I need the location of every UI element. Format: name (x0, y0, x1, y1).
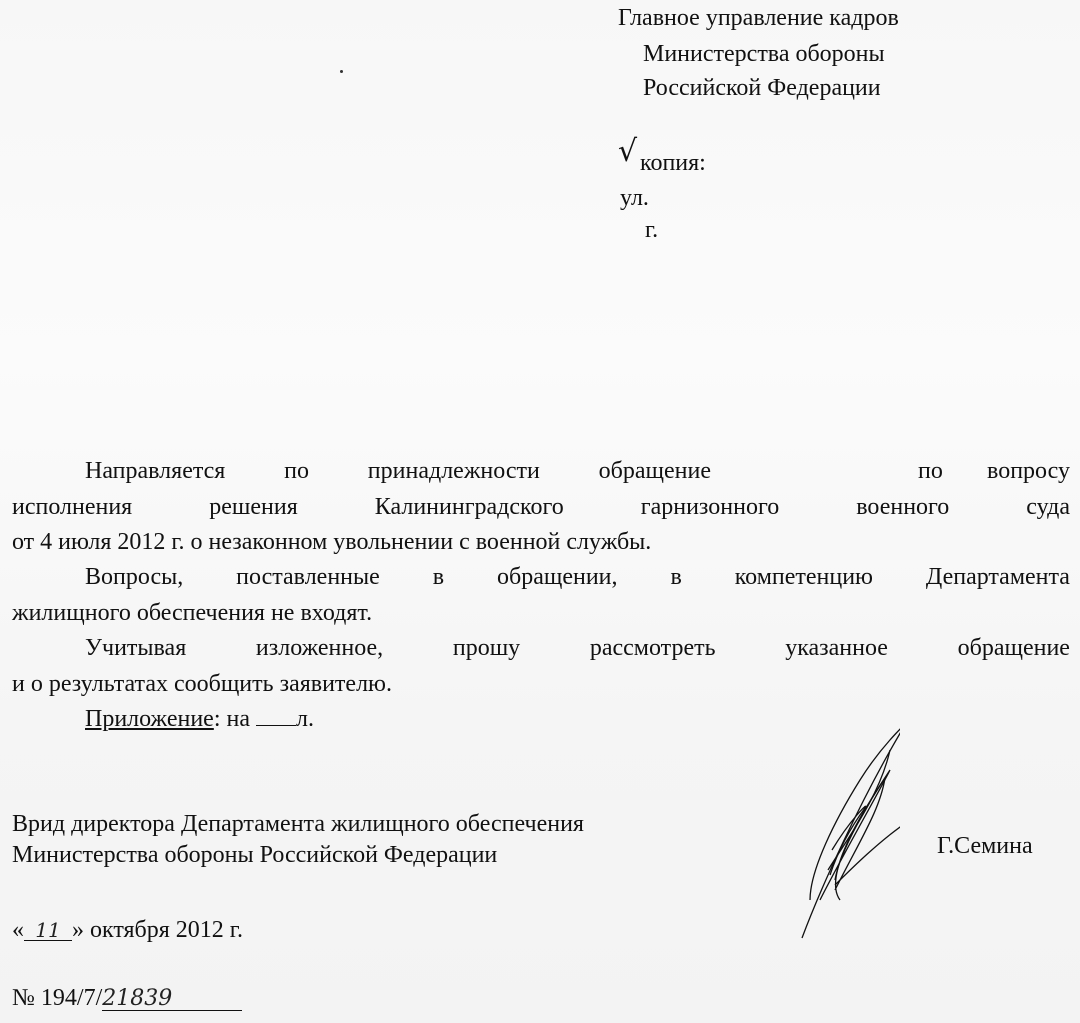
close-quote: » (72, 917, 84, 943)
word: решения (209, 494, 298, 521)
word: обращение (599, 459, 711, 483)
word: по (284, 459, 309, 483)
word: компетенцию (735, 565, 873, 589)
word: обращении, (497, 565, 618, 589)
word: суда (1026, 494, 1070, 521)
city-label: г. (645, 218, 658, 242)
p3-line1: Учитывая изложенное, прошу рассмотреть у… (85, 636, 1070, 660)
open-quote: « (12, 917, 24, 943)
reg-number-handwritten: 21839 (102, 988, 242, 1011)
signer-name: Г.Семина (937, 834, 1033, 858)
word: Калининградского (375, 494, 564, 521)
word: Учитывая (85, 636, 186, 660)
p1-line1: Направляется по принадлежности обращение (85, 459, 711, 483)
word: принадлежности (368, 459, 540, 483)
attachment-blank (256, 725, 296, 726)
date-day-handwritten: 11 (24, 920, 72, 941)
street-label: ул. (620, 186, 649, 210)
addressee-line-3: Российской Федерации (643, 76, 881, 100)
scan-speck (340, 70, 343, 73)
p1-line2: исполнения решения Калининградского гарн… (12, 494, 1070, 521)
addressee-line-2: Министерства обороны (643, 42, 885, 66)
p2-line1: Вопросы, поставленные в обращении, в ком… (85, 565, 1070, 589)
date-month-year: октября 2012 г. (90, 917, 243, 943)
word: по (918, 459, 943, 483)
registration-number: № 194/7/21839 (12, 986, 242, 1011)
attachment-line: Приложение: на л. (85, 707, 314, 731)
word: в (433, 565, 444, 589)
p3-line2: и о результатах сообщить заявителю. (12, 672, 392, 696)
word: военного (856, 494, 949, 521)
checkmark-icon: √ (618, 134, 637, 169)
word: Департамента (926, 565, 1070, 589)
p2-line2: жилищного обеспечения не входят. (12, 601, 372, 625)
word: указанное (785, 636, 888, 660)
signer-title-line1: Врид директора Департамента жилищного об… (12, 812, 584, 836)
p1-line1-tail: по вопросу (918, 459, 1070, 483)
word: гарнизонного (641, 494, 779, 521)
addressee-line-1: Главное управление кадров (618, 6, 899, 30)
signer-title-line2: Министерства обороны Российской Федераци… (12, 843, 497, 867)
attachment-suffix: л. (296, 706, 314, 732)
attachment-label: Приложение (85, 706, 214, 732)
word: обращение (958, 636, 1070, 660)
word: прошу (453, 636, 520, 660)
document-date: «11» октября 2012 г. (12, 918, 243, 942)
word: поставленные (236, 565, 380, 589)
word: Вопросы, (85, 565, 183, 589)
word: Направляется (85, 459, 225, 483)
word: изложенное, (256, 636, 383, 660)
p1-line3: от 4 июля 2012 г. о незаконном увольнени… (12, 530, 651, 554)
word: вопросу (987, 459, 1070, 483)
word: исполнения (12, 494, 132, 521)
word: в (670, 565, 681, 589)
handwritten-signature-icon (740, 720, 900, 940)
word: рассмотреть (590, 636, 716, 660)
attachment-text: : на (214, 706, 250, 732)
reg-number-prefix: № 194/7/ (12, 985, 102, 1011)
copy-label: копия: (640, 151, 706, 175)
